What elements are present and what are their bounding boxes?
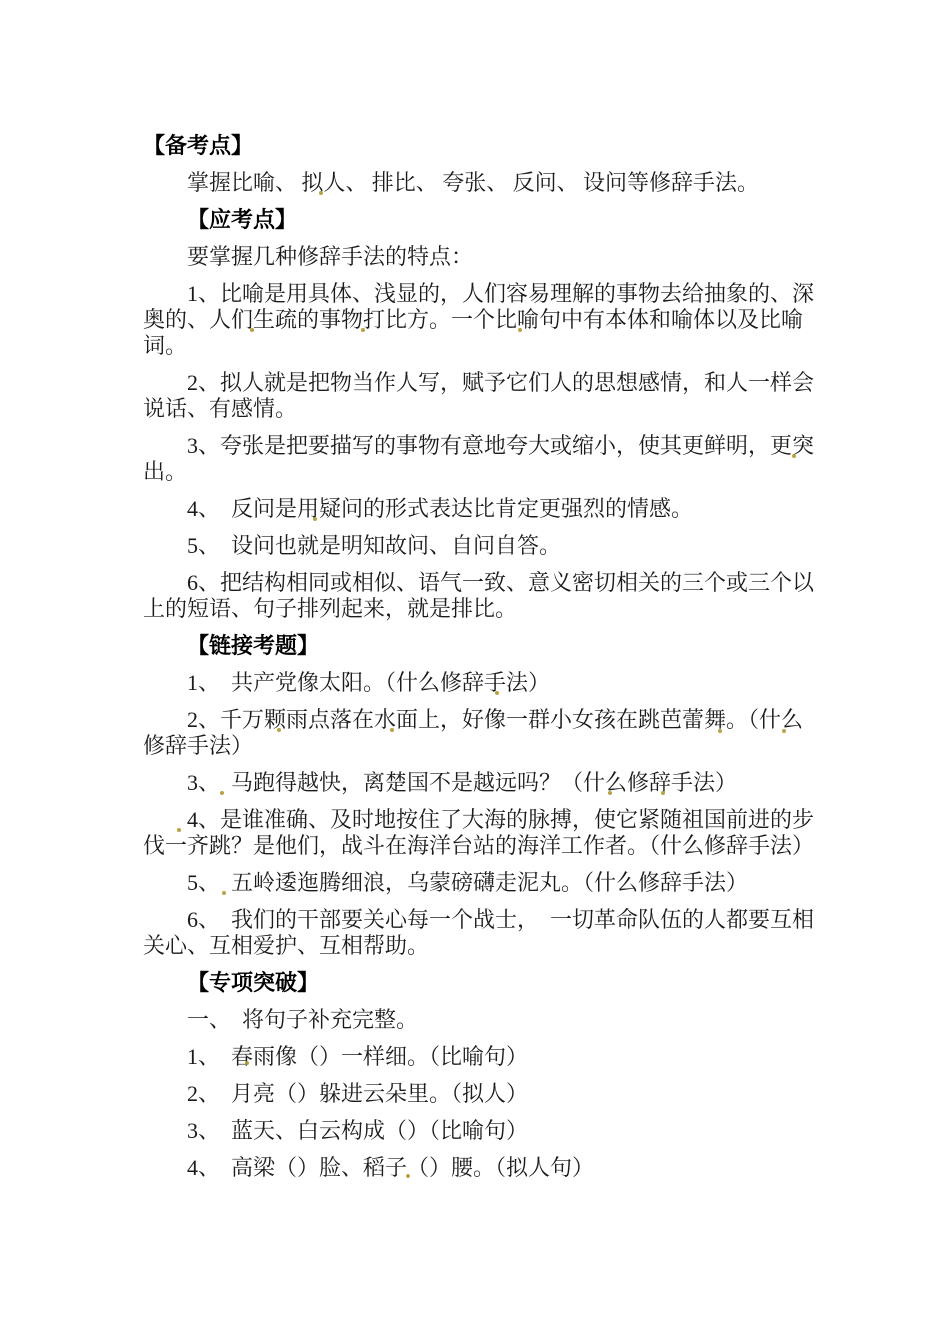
text-line: 说话、有感情。 [143,396,843,422]
text-line: 关心、互相爱护、互相帮助。 [143,933,843,959]
text-line: 4、 高梁（）脸、稻子（）腰。（拟人句） [143,1155,843,1181]
text-line: 4、是谁准确、及时地按住了大海的脉搏，使它紧随祖国前进的步 [143,807,843,833]
text-line: 要掌握几种修辞手法的特点： [143,244,843,270]
text-line: 1、比喻是用具体、浅显的，人们容易理解的事物去给抽象的、深 [143,281,843,307]
scan-artifact-dot [313,517,317,521]
text-line: 上的短语、句子排列起来，就是排比。 [143,596,843,622]
paragraph: 2、千万颗雨点落在水面上，好像一群小女孩在跳芭蕾舞。（什么修辞手法） [143,707,843,759]
section-heading: 【备考点】 [143,133,843,159]
paragraph: 4、是谁准确、及时地按住了大海的脉搏，使它紧随祖国前进的步伐一齐跳？是他们，战斗… [143,807,843,859]
text-line: 2、拟人就是把物当作人写，赋予它们人的思想感情，和人一样会 [143,370,843,396]
paragraph: 5、 设问也就是明知故问、自问自答。 [143,533,843,559]
paragraph: 1、比喻是用具体、浅显的，人们容易理解的事物去给抽象的、深奥的、人们生疏的事物打… [143,281,843,359]
section-heading: 【专项突破】 [143,970,843,996]
paragraph: 4、 反问是用疑问的形式表达比肯定更强烈的情感。 [143,496,843,522]
paragraph: 6、把结构相同或相似、语气一致、意义密切相关的三个或三个以上的短语、句子排列起来… [143,570,843,622]
text-line: 1、 共产党像太阳。（什么修辞手法） [143,670,843,696]
scan-artifact-dot [792,454,796,458]
scan-artifact-dot [222,891,226,895]
document-page: 【备考点】掌握比喻、 拟人、 排比、 夸张、 反问、 设问等修辞手法。【应考点】… [0,0,950,1344]
text-line: 1、 春雨像（）一样细。（比喻句） [143,1044,843,1070]
scan-artifact-dot [518,328,522,332]
paragraph: 5、 五岭逶迤腾细浪，乌蒙磅礴走泥丸。（什么修辞手法） [143,870,843,896]
section-heading: 【应考点】 [143,207,843,233]
heading-text: 【备考点】 [143,133,843,159]
paragraph: 1、 共产党像太阳。（什么修辞手法） [143,670,843,696]
scan-artifact-dot [250,328,254,332]
text-line: 奥的、人们生疏的事物打比方。一个比喻句中有本体和喻体以及比喻 [143,307,843,333]
paragraph: 3、 蓝天、白云构成（）（比喻句） [143,1118,843,1144]
scan-artifact-dot [245,1061,249,1065]
paragraph: 2、 月亮（）躲进云朵里。（拟人） [143,1081,843,1107]
heading-text: 【链接考题】 [143,633,843,659]
scan-artifact-dot [177,828,181,832]
scan-artifact-dot [406,1174,410,1178]
text-line: 修辞手法） [143,733,843,759]
section-heading: 【链接考题】 [143,633,843,659]
paragraph: 6、 我们的干部要关心每一个战士， 一切革命队伍的人都要互相关心、互相爱护、互相… [143,907,843,959]
scan-artifact-dot [319,191,323,195]
paragraph: 3、 马跑得越快，离楚国不是越远吗？（什么修辞手法） [143,770,843,796]
text-line: 2、 月亮（）躲进云朵里。（拟人） [143,1081,843,1107]
paragraph: 3、夸张是把要描写的事物有意地夸大或缩小，使其更鲜明，更突出。 [143,433,843,485]
paragraph: 2、拟人就是把物当作人写，赋予它们人的思想感情，和人一样会说话、有感情。 [143,370,843,422]
heading-text: 【应考点】 [143,207,843,233]
scan-artifact-dot [608,791,612,795]
scan-artifact-dot [277,728,281,732]
paragraph: 1、 春雨像（）一样细。（比喻句） [143,1044,843,1070]
paragraph: 要掌握几种修辞手法的特点： [143,244,843,270]
text-line: 5、 设问也就是明知故问、自问自答。 [143,533,843,559]
text-line: 2、千万颗雨点落在水面上，好像一群小女孩在跳芭蕾舞。（什么 [143,707,843,733]
scan-artifact-dot [390,728,394,732]
scan-artifact-dot [220,791,224,795]
paragraph: 4、 高梁（）脸、稻子（）腰。（拟人句） [143,1155,843,1181]
paragraph: 一、 将句子补充完整。 [143,1007,843,1033]
paragraph: 掌握比喻、 拟人、 排比、 夸张、 反问、 设问等修辞手法。 [143,170,843,196]
scan-artifact-dot [661,791,665,795]
text-line: 4、 反问是用疑问的形式表达比肯定更强烈的情感。 [143,496,843,522]
scan-artifact-dot [361,328,365,332]
text-line: 6、 我们的干部要关心每一个战士， 一切革命队伍的人都要互相 [143,907,843,933]
scan-artifact-dot [495,691,499,695]
text-line: 掌握比喻、 拟人、 排比、 夸张、 反问、 设问等修辞手法。 [143,170,843,196]
text-line: 3、 蓝天、白云构成（）（比喻句） [143,1118,843,1144]
heading-text: 【专项突破】 [143,970,843,996]
text-line: 6、把结构相同或相似、语气一致、意义密切相关的三个或三个以 [143,570,843,596]
text-line: 词。 [143,333,843,359]
text-line: 一、 将句子补充完整。 [143,1007,843,1033]
text-line: 伐一齐跳？是他们，战斗在海洋台站的海洋工作者。（什么修辞手法） [143,833,843,859]
text-line: 3、夸张是把要描写的事物有意地夸大或缩小，使其更鲜明，更突 [143,433,843,459]
text-line: 5、 五岭逶迤腾细浪，乌蒙磅礴走泥丸。（什么修辞手法） [143,870,843,896]
text-line: 出。 [143,459,843,485]
scan-artifact-dot [782,729,786,733]
text-line: 3、 马跑得越快，离楚国不是越远吗？（什么修辞手法） [143,770,843,796]
document-body: 【备考点】掌握比喻、 拟人、 排比、 夸张、 反问、 设问等修辞手法。【应考点】… [143,133,843,1192]
scan-artifact-dot [718,729,722,733]
